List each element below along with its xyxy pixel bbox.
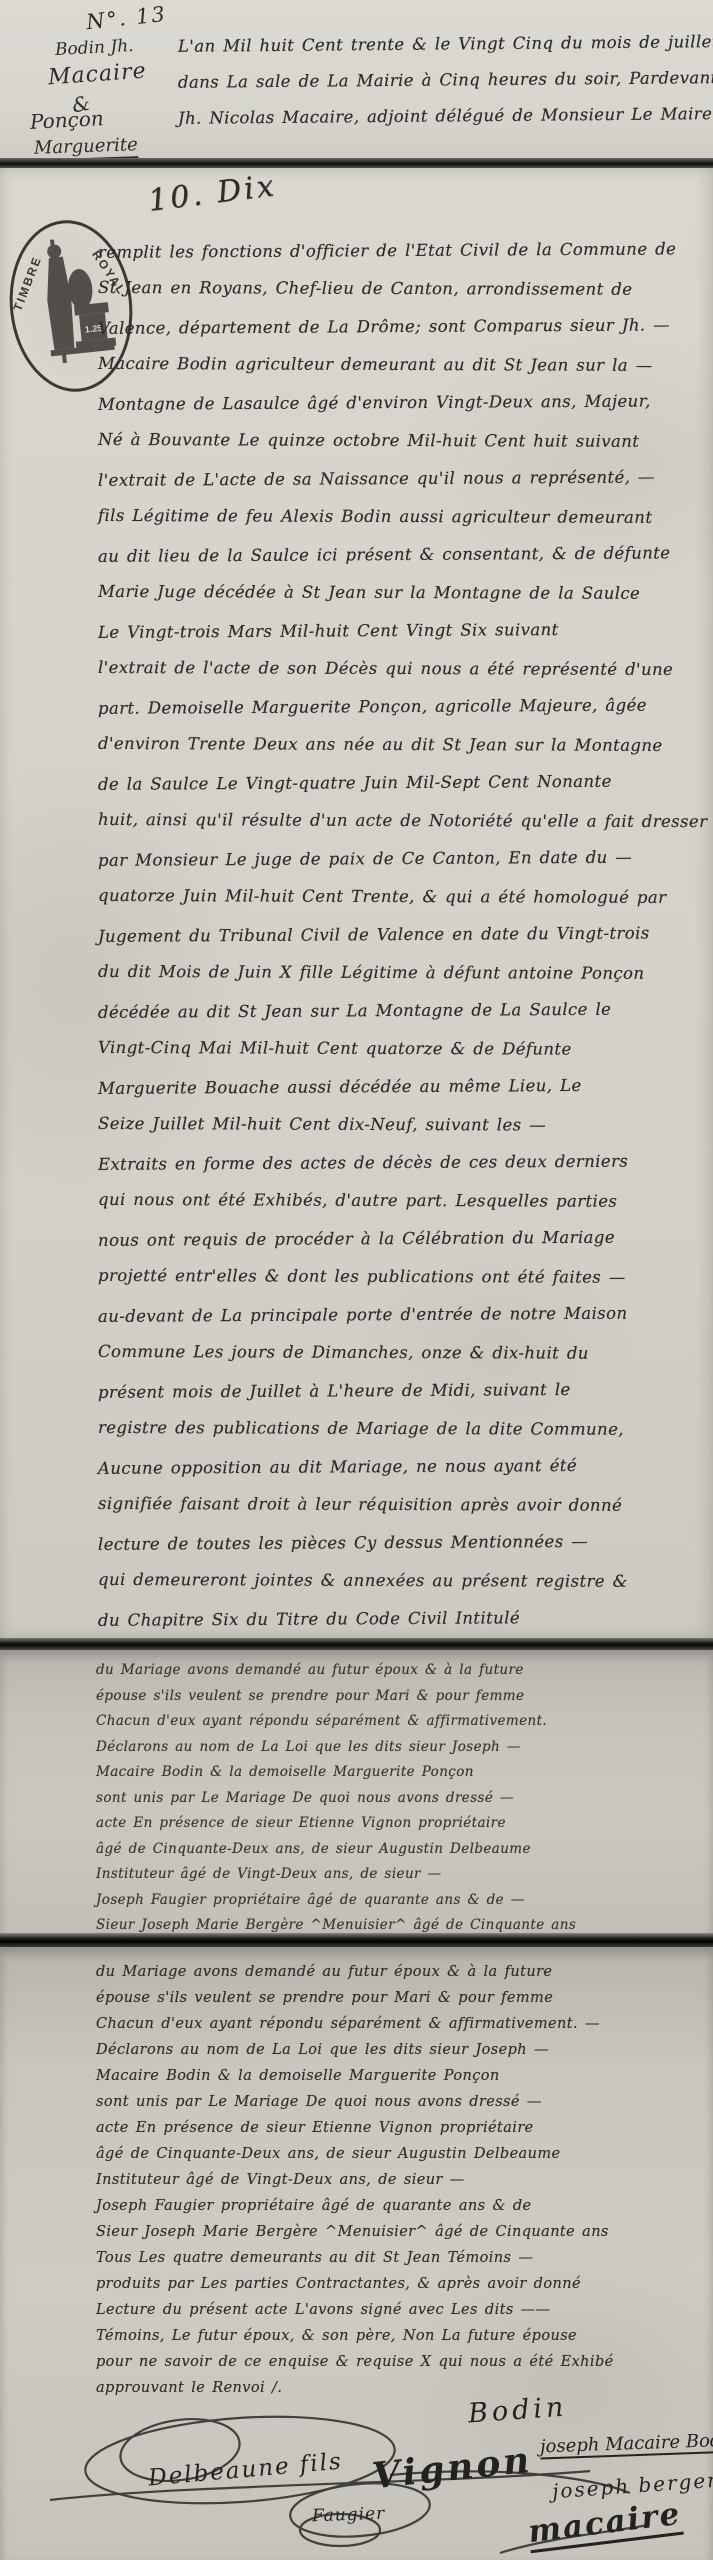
manuscript-line: Le Vingt-trois Mars Mil-huit Cent Vingt … [98, 610, 708, 652]
manuscript-line: âgé de Cinquante-Deux ans, de sieur Augu… [96, 2141, 614, 2167]
manuscript-line: L'an Mil huit Cent trente & le Vingt Cin… [178, 23, 713, 65]
manuscript-line: décédée au dit St Jean sur La Montagne d… [98, 990, 708, 1032]
manuscript-line: Lecture du présent acte L'avons signé av… [96, 2297, 614, 2323]
manuscript-line: Né à Bouvante Le quinze octobre Mil-huit… [98, 421, 708, 461]
manuscript-line: qui nous ont été Exhibés, d'autre part. … [98, 1181, 708, 1221]
manuscript-line: remplit les fonctions d'officier de l'Et… [98, 230, 708, 272]
fold-crease [0, 1638, 713, 1650]
manuscript-line: du Mariage avons demandé au futur époux … [96, 1959, 614, 1985]
manuscript-line: dans La sale de La Mairie à Cinq heures … [178, 59, 713, 101]
manuscript-line: sont unis par Le Mariage De quoi nous av… [96, 1786, 576, 1812]
manuscript-line: du Chapitre Six du Titre du Code Civil I… [98, 1598, 708, 1638]
manuscript-line: Seize Juillet Mil-huit Cent dix-Neuf, su… [98, 1105, 708, 1145]
manuscript-line: du dit Mois de Juin X fille Légitime à d… [98, 953, 708, 993]
manuscript-line: Instituteur âgé de Vingt-Deux ans, de si… [96, 2167, 614, 2193]
margin-bride-name-line1: Ponçon [29, 106, 104, 134]
manuscript-line: au-devant de La principale porte d'entré… [98, 1294, 708, 1336]
manuscript-line: Jh. Nicolas Macaire, adjoint délégué de … [178, 95, 713, 137]
manuscript-line: sont unis par Le Mariage De quoi nous av… [96, 2089, 614, 2115]
manuscript-line: Déclarons au nom de La Loi que les dits … [96, 2037, 614, 2063]
manuscript-line: âgé de Cinquante-Deux ans, de sieur Augu… [96, 1837, 576, 1863]
closing-lines: du Mariage avons demandé au futur époux … [96, 1959, 614, 2401]
manuscript-line: épouse s'ils veulent se prendre pour Mar… [96, 1684, 576, 1710]
manuscript-line: d'environ Trente Deux ans née au dit St … [98, 725, 708, 765]
manuscript-line: Marguerite Bouache aussi décédée au même… [98, 1066, 708, 1108]
manuscript-line: produits par Les parties Contractantes, … [96, 2271, 614, 2297]
manuscript-line: Macaire Bodin & la demoiselle Marguerite… [96, 1760, 576, 1786]
manuscript-line: part. Demoiselle Marguerite Ponçon, agri… [98, 686, 708, 728]
page-top-strip: N°. 13 Bodin Jh. Macaire & Ponçon Margue… [0, 0, 713, 158]
manuscript-line: Tous Les quatre demeurants au dit St Jea… [96, 2245, 614, 2271]
manuscript-line: l'extrait de L'acte de sa Naissance qu'i… [98, 458, 708, 500]
manuscript-line: Joseph Faugier propriétaire âgé de quara… [96, 1888, 576, 1914]
manuscript-line: Extraits en forme des actes de décès de … [98, 1142, 708, 1184]
manuscript-line: Macaire Bodin agriculteur demeurant au d… [98, 345, 708, 385]
page-continuation: du Mariage avons demandé au futur époux … [0, 1650, 713, 1933]
manuscript-line: quatorze Juin Mil-huit Cent Trente, & qu… [98, 877, 708, 917]
manuscript-line: signifiée faisant droit à leur réquisiti… [98, 1485, 708, 1525]
manuscript-line: épouse s'ils veulent se prendre pour Mar… [96, 1985, 614, 2011]
manuscript-line: Sieur Joseph Marie Bergère ^Menuisier^ â… [96, 1913, 576, 1933]
manuscript-line: acte En présence de sieur Etienne Vignon… [96, 1811, 576, 1837]
margin-bride-name-line2: Marguerite [34, 134, 139, 158]
manuscript-line: au dit lieu de la Saulce ici présent & c… [98, 534, 708, 576]
signature-witness-faugier: Faugier [312, 2504, 386, 2527]
manuscript-line: de la Saulce Le Vingt-quatre Juin Mil-Se… [98, 762, 708, 804]
manuscript-line: Vingt-Cinq Mai Mil-huit Cent quatorze & … [98, 1029, 708, 1069]
page-repeat-exposure: du Mariage avons demandé au futur époux … [0, 1947, 713, 2560]
scanned-marriage-act: N°. 13 Bodin Jh. Macaire & Ponçon Margue… [0, 0, 713, 2560]
manuscript-line: qui demeureront jointes & annexées au pr… [98, 1561, 708, 1601]
manuscript-line: St Jean en Royans, Chef-lieu de Canton, … [98, 269, 708, 309]
manuscript-line: registre des publications de Mariage de … [98, 1409, 708, 1449]
page-main: 10. Dix TIMBRE ROYAL 1.25 remp [0, 168, 713, 1638]
manuscript-line: nous ont requis de procéder à la Célébra… [98, 1218, 708, 1260]
act-number: N°. 13 [85, 2, 168, 34]
fold-crease [0, 1933, 713, 1947]
manuscript-line: Chacun d'eux ayant répondu séparément & … [96, 1709, 576, 1735]
margin-groom-name-line2: Macaire [47, 59, 147, 91]
margin-groom-name-line1: Bodin Jh. [55, 36, 135, 60]
manuscript-line: Sieur Joseph Marie Bergère ^Menuisier^ â… [96, 2219, 614, 2245]
manuscript-line: Aucune opposition au dit Mariage, ne nou… [98, 1446, 708, 1488]
fold-crease [0, 158, 713, 168]
manuscript-line: Déclarons au nom de La Loi que les dits … [96, 1735, 576, 1761]
manuscript-line: Témoins, Le futur époux, & son père, Non… [96, 2323, 614, 2349]
manuscript-line: Marie Juge décédée à St Jean sur la Mont… [98, 573, 708, 613]
manuscript-line: l'extrait de l'acte de son Décès qui nou… [98, 649, 708, 689]
manuscript-line: par Monsieur Le juge de paix de Ce Canto… [98, 838, 708, 880]
manuscript-line: du Mariage avons demandé au futur époux … [96, 1658, 576, 1684]
manuscript-line: projetté entr'elles & dont les publicati… [98, 1257, 708, 1297]
manuscript-line: Montagne de Lasaulce âgé d'environ Vingt… [98, 382, 708, 424]
manuscript-line: Valence, département de La Drôme; sont C… [98, 306, 708, 348]
signature-block: Bodin joseph Macaire Bodin Delbeaune fil… [0, 2365, 713, 2560]
manuscript-line: Joseph Faugier propriétaire âgé de quara… [96, 2193, 614, 2219]
manuscript-line: Jugement du Tribunal Civil de Valence en… [98, 914, 708, 956]
manuscript-line: huit, ainsi qu'il résulte d'un acte de N… [98, 801, 708, 841]
manuscript-line: Instituteur âgé de Vingt-Deux ans, de si… [96, 1862, 576, 1888]
main-body-lines: remplit les fonctions d'officier de l'Et… [98, 232, 707, 1638]
manuscript-line: Macaire Bodin & la demoiselle Marguerite… [96, 2063, 614, 2089]
duty-annotation: 10. Dix [146, 168, 278, 218]
manuscript-line: fils Légitime de feu Alexis Bodin aussi … [98, 497, 708, 537]
continuation-lines: du Mariage avons demandé au futur époux … [96, 1658, 576, 1933]
opening-lines: L'an Mil huit Cent trente & le Vingt Cin… [178, 26, 713, 134]
manuscript-line: lecture de toutes les pièces Cy dessus M… [98, 1522, 708, 1564]
manuscript-line: acte En présence de sieur Etienne Vignon… [96, 2115, 614, 2141]
manuscript-line: Chacun d'eux ayant répondu séparément & … [96, 2011, 614, 2037]
manuscript-line: Commune Les jours de Dimanches, onze & d… [98, 1333, 708, 1373]
manuscript-line: présent mois de Juillet à L'heure de Mid… [98, 1370, 708, 1412]
